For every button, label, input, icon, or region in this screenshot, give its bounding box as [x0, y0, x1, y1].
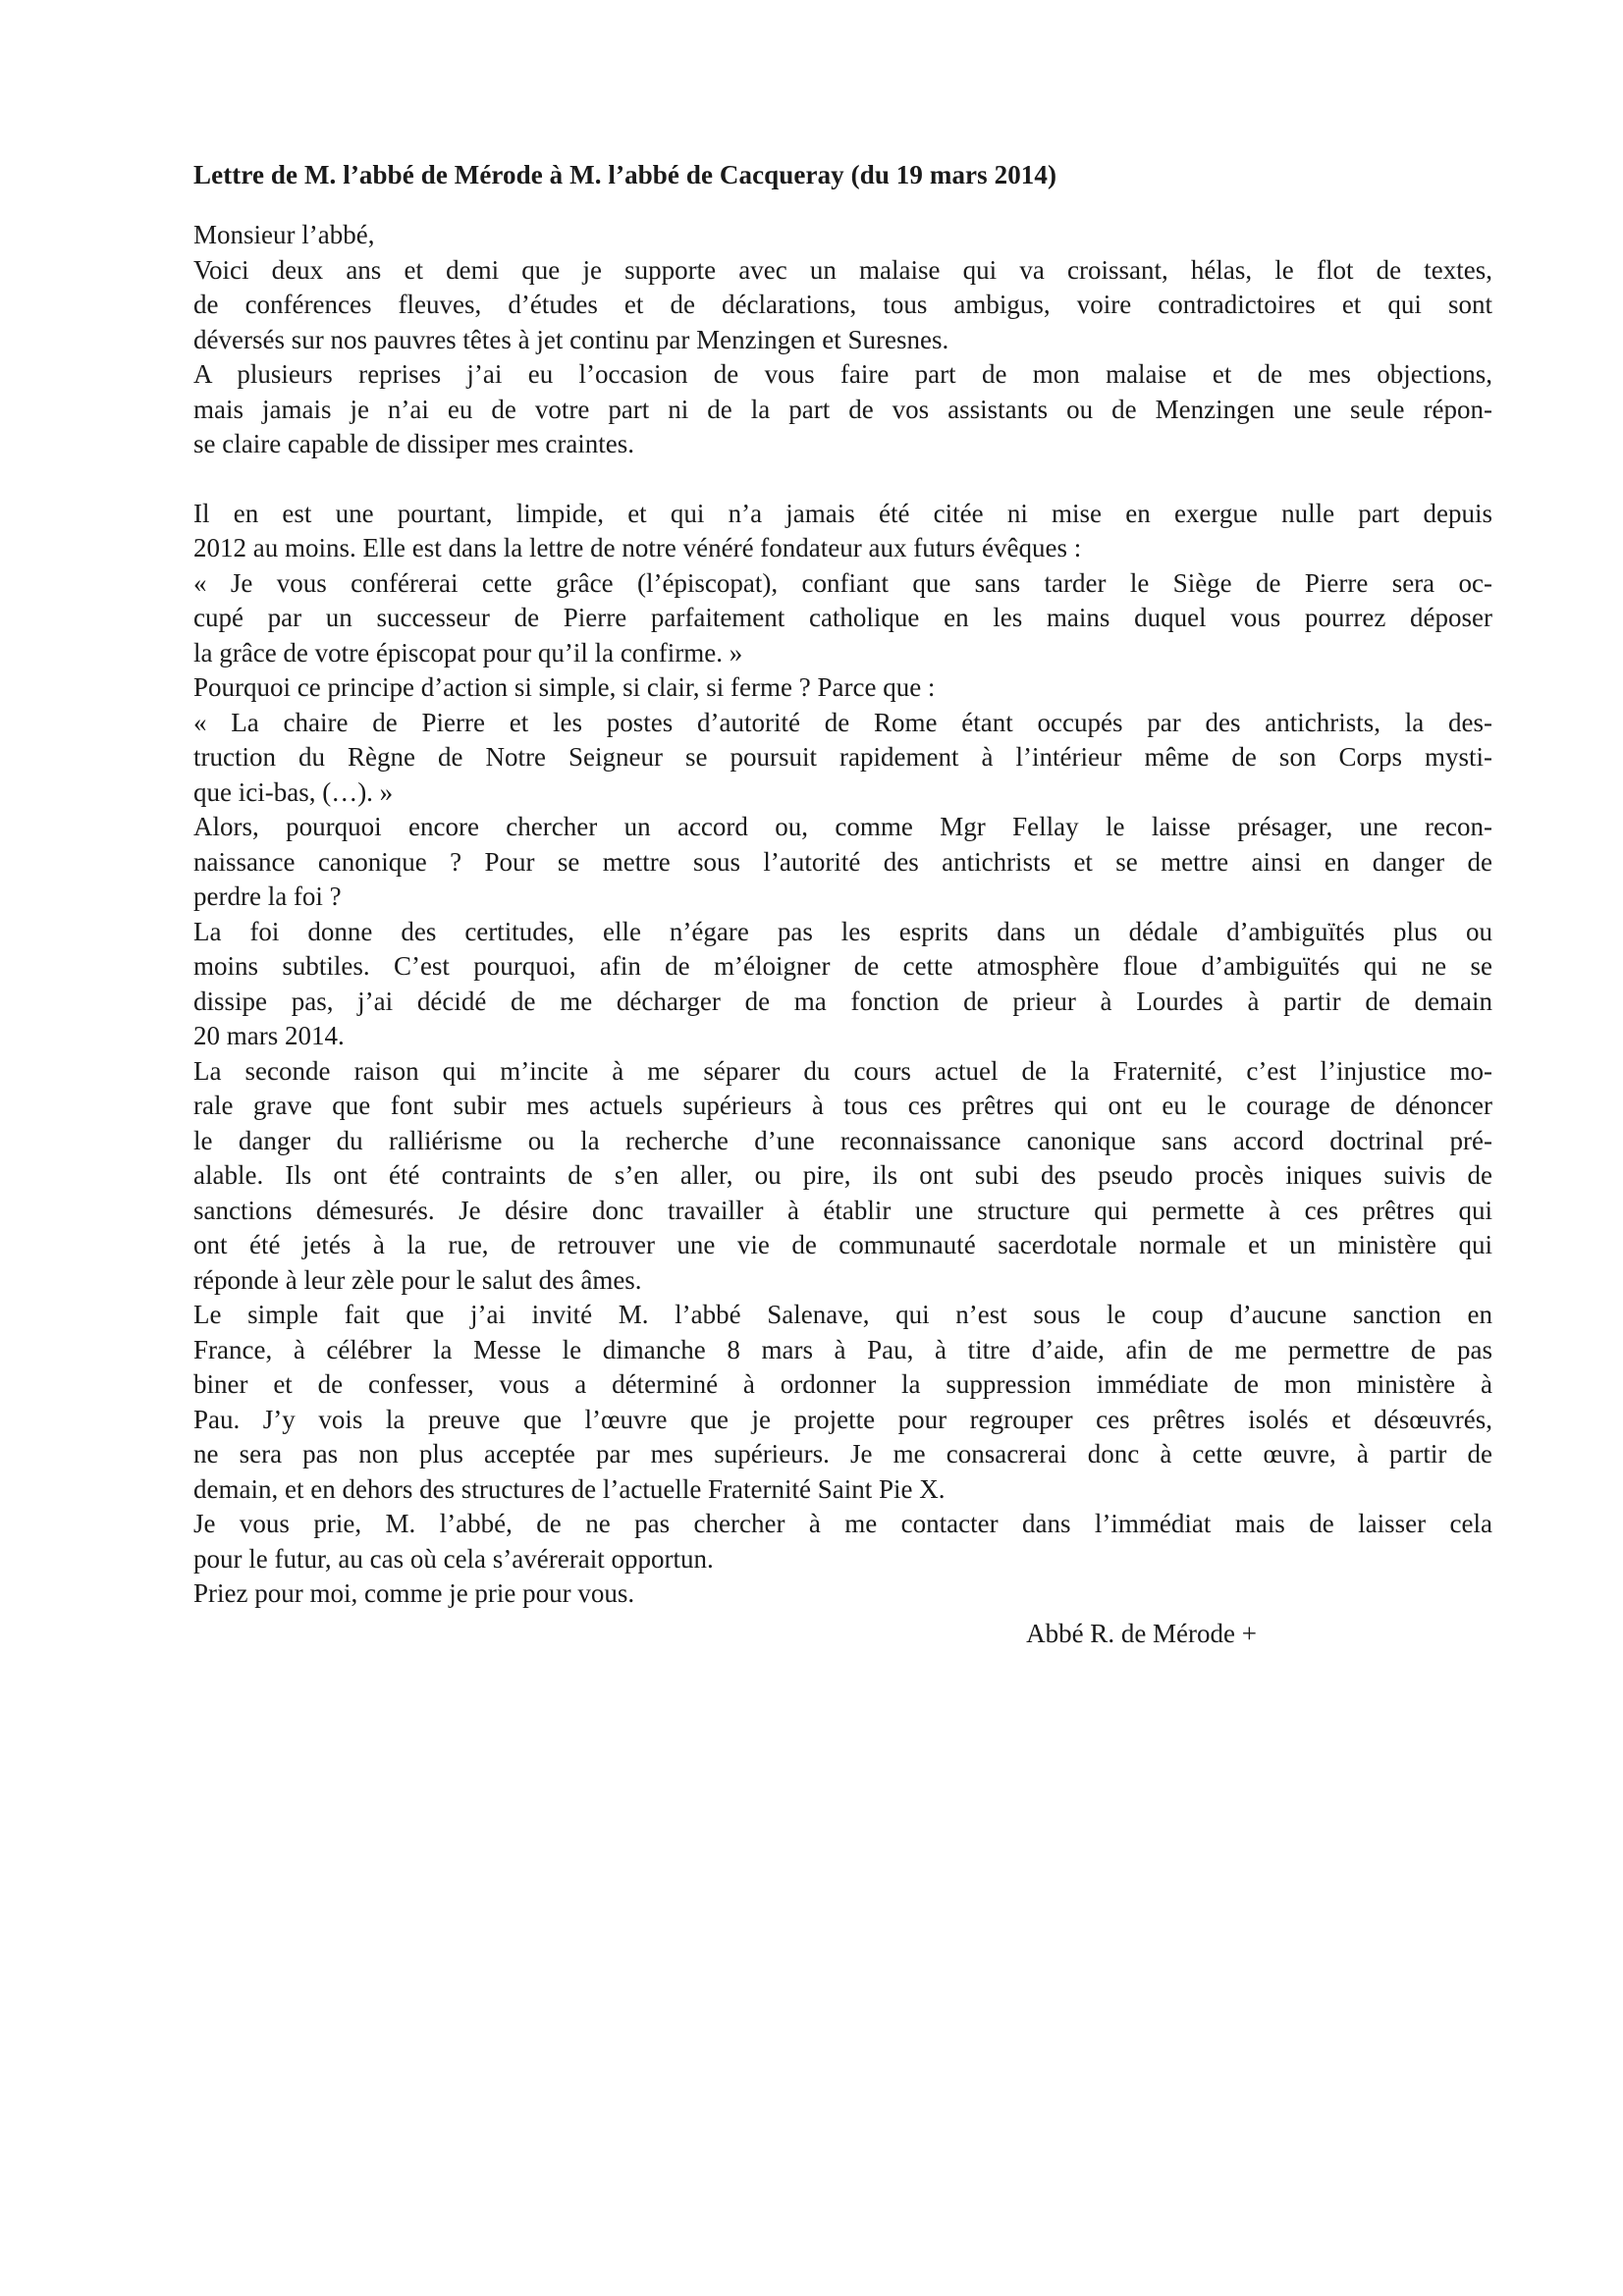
letter-paragraph: « Je vous conférerai cette grâce (l’épis…	[193, 566, 1492, 671]
letter-paragraph: « La chaire de Pierre et les postes d’au…	[193, 706, 1492, 811]
paragraph-line: « Je vous conférerai cette grâce (l’épis…	[193, 566, 1492, 602]
letter-title: Lettre de M. l’abbé de Mérode à M. l’abb…	[193, 157, 1492, 192]
paragraph-line: truction du Règne de Notre Seigneur se p…	[193, 740, 1492, 775]
paragraph-line: rale grave que font subir mes actuels su…	[193, 1089, 1492, 1124]
letter-paragraph: Pourquoi ce principe d’action si simple,…	[193, 670, 1492, 706]
salutation: Monsieur l’abbé,	[193, 218, 1492, 253]
paragraph-line: la grâce de votre épiscopat pour qu’il l…	[193, 636, 1492, 671]
paragraph-line: ne sera pas non plus acceptée par mes su…	[193, 1437, 1492, 1472]
letter-paragraph: La seconde raison qui m’incite à me sépa…	[193, 1054, 1492, 1299]
paragraph-line: « La chaire de Pierre et les postes d’au…	[193, 706, 1492, 741]
paragraph-line: naissance canonique ? Pour se mettre sou…	[193, 845, 1492, 881]
paragraph-line: le danger du ralliérisme ou la recherche…	[193, 1124, 1492, 1159]
salutation-text: Monsieur l’abbé,	[193, 218, 1492, 253]
signature: Abbé R. de Mérode +	[193, 1616, 1492, 1651]
paragraph-line: Voici deux ans et demi que je supporte a…	[193, 253, 1492, 289]
paragraph-line: que ici-bas, (…). »	[193, 775, 1492, 811]
paragraph-line: La foi donne des certitudes, elle n’égar…	[193, 915, 1492, 950]
paragraph-line: La seconde raison qui m’incite à me sépa…	[193, 1054, 1492, 1090]
paragraph-line: Priez pour moi, comme je prie pour vous.	[193, 1576, 1492, 1612]
paragraph-line: A plusieurs reprises j’ai eu l’occasion …	[193, 357, 1492, 393]
letter-paragraph: Priez pour moi, comme je prie pour vous.	[193, 1576, 1492, 1612]
paragraph-line: Pau. J’y vois la preuve que l’œuvre que …	[193, 1403, 1492, 1438]
paragraph-line: Je vous prie, M. l’abbé, de ne pas cherc…	[193, 1507, 1492, 1542]
paragraph-line: se claire capable de dissiper mes craint…	[193, 427, 1492, 462]
letter-paragraph: La foi donne des certitudes, elle n’égar…	[193, 915, 1492, 1054]
letter-paragraph: A plusieurs reprises j’ai eu l’occasion …	[193, 357, 1492, 462]
paragraph-line: Pourquoi ce principe d’action si simple,…	[193, 670, 1492, 706]
paragraph-line: biner et de confesser, vous a déterminé …	[193, 1367, 1492, 1403]
paragraph-line: moins subtiles. C’est pourquoi, afin de …	[193, 949, 1492, 985]
letter-paragraph: Je vous prie, M. l’abbé, de ne pas cherc…	[193, 1507, 1492, 1576]
paragraph-line: Le simple fait que j’ai invité M. l’abbé…	[193, 1298, 1492, 1333]
paragraph-line: ont été jetés à la rue, de retrouver une…	[193, 1228, 1492, 1263]
paragraph-line: cupé par un successeur de Pierre parfait…	[193, 601, 1492, 636]
letter-paragraph: Il en est une pourtant, limpide, et qui …	[193, 497, 1492, 566]
paragraph-line: Il en est une pourtant, limpide, et qui …	[193, 497, 1492, 532]
paragraph-line: France, à célébrer la Messe le dimanche …	[193, 1333, 1492, 1368]
paragraph-line: alable. Ils ont été contraints de s’en a…	[193, 1158, 1492, 1194]
paragraph-line: déversés sur nos pauvres têtes à jet con…	[193, 323, 1492, 358]
paragraph-line: Alors, pourquoi encore chercher un accor…	[193, 810, 1492, 845]
letter-paragraph: Le simple fait que j’ai invité M. l’abbé…	[193, 1298, 1492, 1507]
paragraph-line: sanctions démesurés. Je désire donc trav…	[193, 1194, 1492, 1229]
paragraph-line: mais jamais je n’ai eu de votre part ni …	[193, 393, 1492, 428]
paragraph-line: 2012 au moins. Elle est dans la lettre d…	[193, 531, 1492, 566]
letter-paragraph: Voici deux ans et demi que je supporte a…	[193, 253, 1492, 358]
paragraph-line: dissipe pas, j’ai décidé de me décharger…	[193, 985, 1492, 1020]
paragraph-line: 20 mars 2014.	[193, 1019, 1492, 1054]
letter-paragraph: Alors, pourquoi encore chercher un accor…	[193, 810, 1492, 915]
paragraph-line: pour le futur, au cas où cela s’avérerai…	[193, 1542, 1492, 1577]
letter-page: Lettre de M. l’abbé de Mérode à M. l’abb…	[193, 145, 1492, 1651]
paragraph-line: réponde à leur zèle pour le salut des âm…	[193, 1263, 1492, 1299]
paragraph-gap	[193, 462, 1492, 497]
paragraph-line: demain, et en dehors des structures de l…	[193, 1472, 1492, 1508]
paragraph-line: perdre la foi ?	[193, 880, 1492, 915]
paragraph-line: de conférences fleuves, d’études et de d…	[193, 288, 1492, 323]
letter-body: Voici deux ans et demi que je supporte a…	[193, 253, 1492, 1612]
